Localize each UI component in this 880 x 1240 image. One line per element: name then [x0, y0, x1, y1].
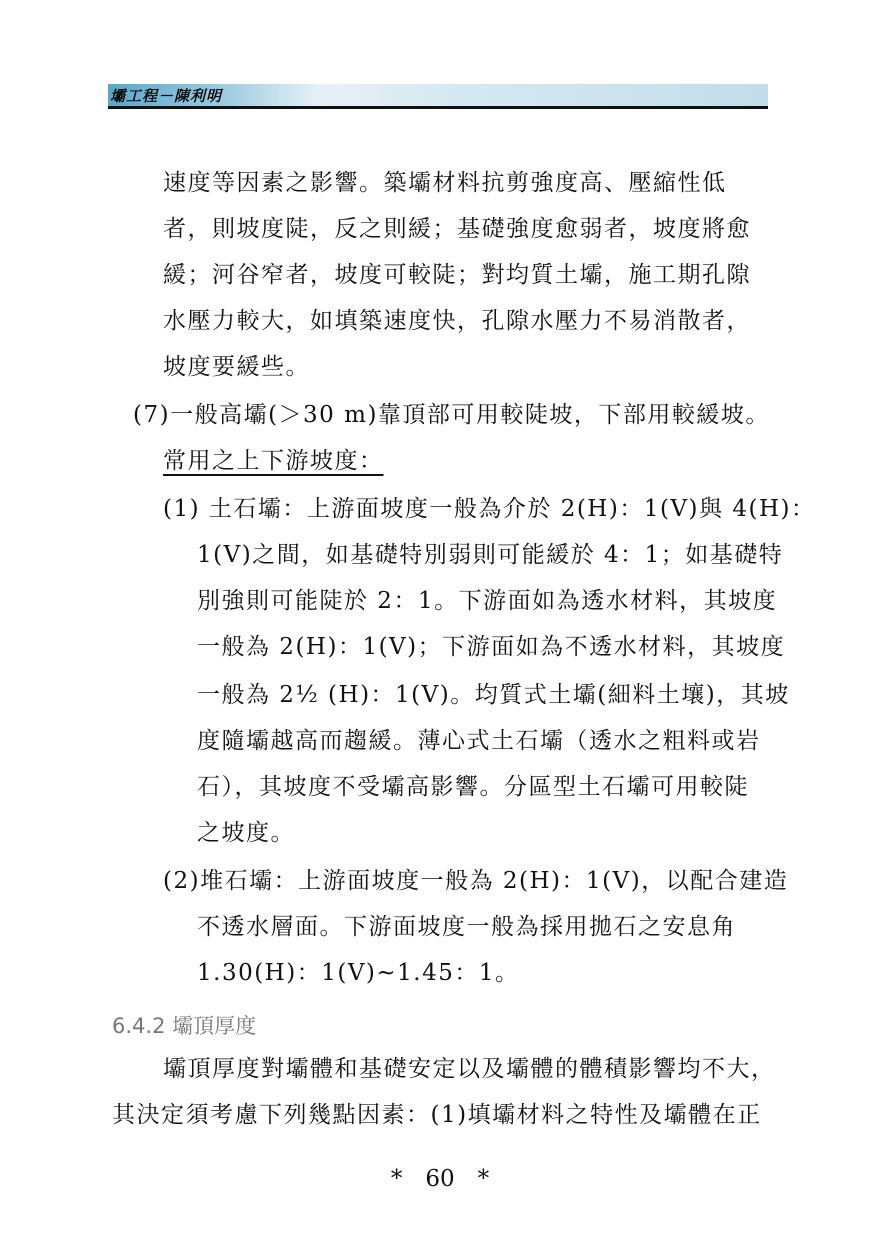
section-heading: 6.4.2 壩頂厚度 — [112, 1010, 256, 1040]
text-line: 坡度要緩些。 — [163, 352, 310, 382]
text-line: 之坡度。 — [197, 818, 295, 848]
list-item-1: (1) 土石壩：上游面坡度一般為介於 2(H)：1(V)與 4(H)： — [163, 494, 815, 524]
text-line: 水壓力較大，如填築速度快，孔隙水壓力不易消散者， — [163, 306, 751, 336]
subheading-slopes: 常用之上下游坡度： — [163, 446, 384, 476]
text-line: 一般為 2(H)：1(V)；下游面如為不透水材料，其坡度 — [197, 632, 785, 662]
running-header-title: 壩工程－陳利明 — [110, 85, 222, 106]
paragraph-line: 壩頂厚度對壩體和基礎安定以及壩體的體積影響均不大， — [163, 1054, 776, 1084]
list-item-7: (7)一般高壩(＞30 m)靠頂部可用較陡坡，下部用較緩坡。 — [133, 400, 770, 430]
text-line: 1(V)之間，如基礎特別弱則可能緩於 4：1；如基礎特 — [197, 540, 783, 570]
text-line: 別強則可能陡於 2：1。下游面如為透水材料，其坡度 — [197, 586, 777, 616]
page-number: * 60 * — [0, 1160, 880, 1193]
text-line: 不透水層面。下游面坡度一般為採用拋石之安息角 — [197, 912, 736, 942]
header-rule — [108, 106, 768, 109]
text-line: 1.30(H)：1(V)~1.45：1。 — [197, 958, 520, 988]
list-item-2: (2)堆石壩：上游面坡度一般為 2(H)：1(V)，以配合建造 — [163, 866, 788, 896]
text-line: 者，則坡度陡，反之則緩；基礎強度愈弱者，坡度將愈 — [163, 214, 751, 244]
text-line: 石），其坡度不受壩高影響。分區型土石壩可用較陡 — [197, 772, 749, 802]
paragraph-line: 其決定須考慮下列幾點因素：(1)填壩材料之特性及壩體在正 — [112, 1100, 762, 1130]
text-line: 一般為 2½ (H)：1(V)。均質式土壩(細料土壤)，其坡 — [197, 680, 790, 710]
text-line: 度隨壩越高而趨緩。薄心式土石壩（透水之粗料或岩 — [197, 726, 761, 756]
text-line: 速度等因素之影響。築壩材料抗剪強度高、壓縮性低 — [163, 168, 727, 198]
text-line: 緩；河谷窄者，坡度可較陡；對均質土壩，施工期孔隙 — [163, 260, 751, 290]
